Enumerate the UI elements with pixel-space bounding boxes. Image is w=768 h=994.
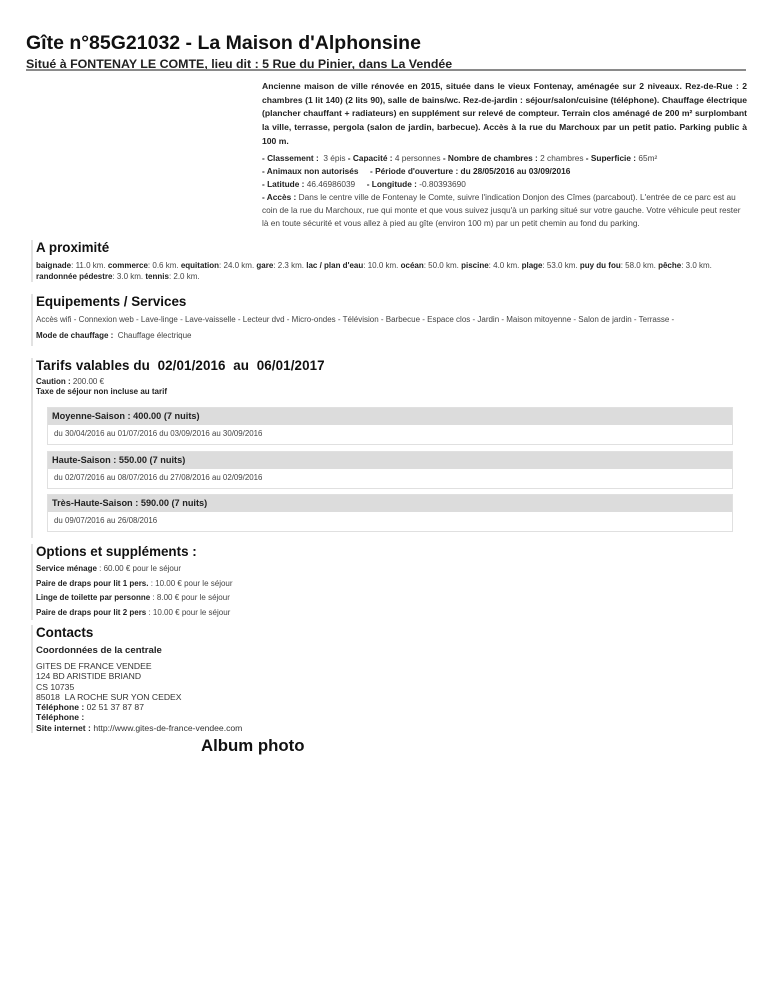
proximite-item: commerce: 0.6 km. (108, 261, 181, 270)
address-line: 124 BD ARISTIDE BRIAND (36, 671, 331, 681)
tarifs-title: Tarifs valables du 02/01/2016 au 06/01/2… (36, 358, 751, 374)
page-title: Gîte n°85G21032 - La Maison d'Alphonsine (26, 32, 746, 54)
ouverture-period: - Période d'ouverture : du 28/05/2016 au… (370, 166, 570, 176)
capacite-label: - Capacité : (348, 153, 393, 163)
option-item: Paire de draps pour lit 1 pers. : 10.00 … (36, 577, 331, 592)
equipements-list: Accès wifi - Connexion web - Lave-linge … (36, 314, 751, 325)
phone-label: Téléphone : (36, 702, 84, 712)
section-contacts: Contacts Coordonnées de la centrale GITE… (31, 625, 331, 733)
proximite-item: océan: 50.0 km. (401, 261, 461, 270)
longitude-label: - Longitude : (367, 179, 417, 189)
address-line: CS 10735 (36, 682, 331, 692)
proximite-item: tennis: 2.0 km. (145, 272, 199, 281)
facts-line-1: - Classement : 3 épis - Capacité : 4 per… (262, 152, 747, 165)
section-tarifs: Tarifs valables du 02/01/2016 au 06/01/2… (31, 358, 751, 538)
website: Site internet : http://www.gites-de-fran… (36, 723, 331, 733)
proximite-item: plage: 53.0 km. (522, 261, 580, 270)
proximite-item: lac / plan d'eau: 10.0 km. (306, 261, 400, 270)
heating-label: Mode de chauffage : (36, 331, 113, 340)
classement-label: - Classement : (262, 153, 319, 163)
tax-note: Taxe de séjour non incluse au tarif (36, 387, 751, 397)
contacts-subtitle: Coordonnées de la centrale (36, 645, 331, 657)
latitude-label: - Latitude : (262, 179, 304, 189)
proximite-item: equitation: 24.0 km. (181, 261, 257, 270)
superficie-value: 65m² (638, 153, 657, 163)
proximite-item: gare: 2.3 km. (256, 261, 306, 270)
season-periods: du 02/07/2016 au 08/07/2016 du 27/08/201… (48, 469, 732, 488)
season-box: Moyenne-Saison : 400.00 (7 nuits) du 30/… (47, 407, 733, 445)
proximite-list: baignade: 11.0 km. commerce: 0.6 km. equ… (36, 260, 751, 282)
animaux-note: - Animaux non autorisés (262, 166, 359, 176)
contacts-title: Contacts (36, 625, 331, 641)
proximite-item: puy du fou: 58.0 km. (580, 261, 658, 270)
option-item: Paire de draps pour lit 2 pers : 10.00 €… (36, 606, 331, 621)
website-label: Site internet : (36, 723, 91, 733)
proximite-item: piscine: 4.0 km. (461, 261, 521, 270)
superficie-label: - Superficie : (586, 153, 636, 163)
phone2-label: Téléphone : (36, 712, 84, 722)
capacite-value: 4 personnes (395, 153, 441, 163)
caution-value: 200.00 € (73, 377, 104, 386)
chambres-label: - Nombre de chambres : (443, 153, 538, 163)
heating-mode: Mode de chauffage : Chauffage électrique (36, 330, 751, 341)
season-title: Moyenne-Saison : 400.00 (7 nuits) (48, 408, 732, 425)
phone-2: Téléphone : (36, 712, 331, 722)
option-item: Service ménage : 60.00 € pour le séjour (36, 562, 331, 577)
website-link[interactable]: http://www.gites-de-france-vendee.com (93, 723, 242, 733)
season-title: Très-Haute-Saison : 590.00 (7 nuits) (48, 495, 732, 512)
acces-label: - Accès : (262, 192, 296, 202)
section-proximite: A proximité baignade: 11.0 km. commerce:… (31, 240, 751, 282)
address-line: 85018 LA ROCHE SUR YON CEDEX (36, 692, 331, 702)
facts-line-3: - Latitude : 46.46986039 - Longitude : -… (262, 178, 747, 191)
option-item: Linge de toilette par personne : 8.00 € … (36, 591, 331, 606)
proximite-item: baignade: 11.0 km. (36, 261, 108, 270)
proximite-item: randonnée pédestre: 3.0 km. (36, 272, 145, 281)
season-box: Haute-Saison : 550.00 (7 nuits) du 02/07… (47, 451, 733, 489)
chambres-value: 2 chambres (540, 153, 583, 163)
section-options: Options et suppléments : Service ménage … (31, 544, 331, 620)
caution: Caution : 200.00 € (36, 376, 751, 387)
header-divider (26, 69, 746, 71)
facts-line-4: - Accès : Dans le centre ville de Fonten… (262, 191, 747, 230)
latitude-value: 46.46986039 (307, 179, 355, 189)
section-equipements: Equipements / Services Accès wifi - Conn… (31, 294, 751, 346)
page-header: Gîte n°85G21032 - La Maison d'Alphonsine… (26, 32, 746, 72)
phone-value: 02 51 37 87 87 (87, 702, 144, 712)
season-title: Haute-Saison : 550.00 (7 nuits) (48, 452, 732, 469)
key-facts: - Classement : 3 épis - Capacité : 4 per… (262, 152, 747, 230)
acces-value: Dans le centre ville de Fontenay le Comt… (262, 192, 740, 228)
equipements-title: Equipements / Services (36, 294, 751, 310)
description: Ancienne maison de ville rénovée en 2015… (262, 80, 747, 149)
season-periods: du 09/07/2016 au 26/08/2016 (48, 512, 732, 531)
facts-line-2: - Animaux non autorisés - Période d'ouve… (262, 165, 747, 178)
caution-label: Caution : (36, 377, 71, 386)
heating-value: Chauffage électrique (118, 331, 192, 340)
proximite-title: A proximité (36, 240, 751, 256)
contact-address: GITES DE FRANCE VENDEE 124 BD ARISTIDE B… (36, 661, 331, 733)
options-title: Options et suppléments : (36, 544, 331, 560)
album-title: Album photo (201, 736, 304, 756)
classement-value: 3 épis (323, 153, 345, 163)
phone: Téléphone : 02 51 37 87 87 (36, 702, 331, 712)
address-line: GITES DE FRANCE VENDEE (36, 661, 331, 671)
proximite-item: pêche: 3.0 km. (658, 261, 712, 270)
options-list: Service ménage : 60.00 € pour le séjourP… (36, 562, 331, 620)
season-periods: du 30/04/2016 au 01/07/2016 du 03/09/201… (48, 425, 732, 444)
season-box: Très-Haute-Saison : 590.00 (7 nuits) du … (47, 494, 733, 532)
longitude-value: -0.80393690 (419, 179, 466, 189)
